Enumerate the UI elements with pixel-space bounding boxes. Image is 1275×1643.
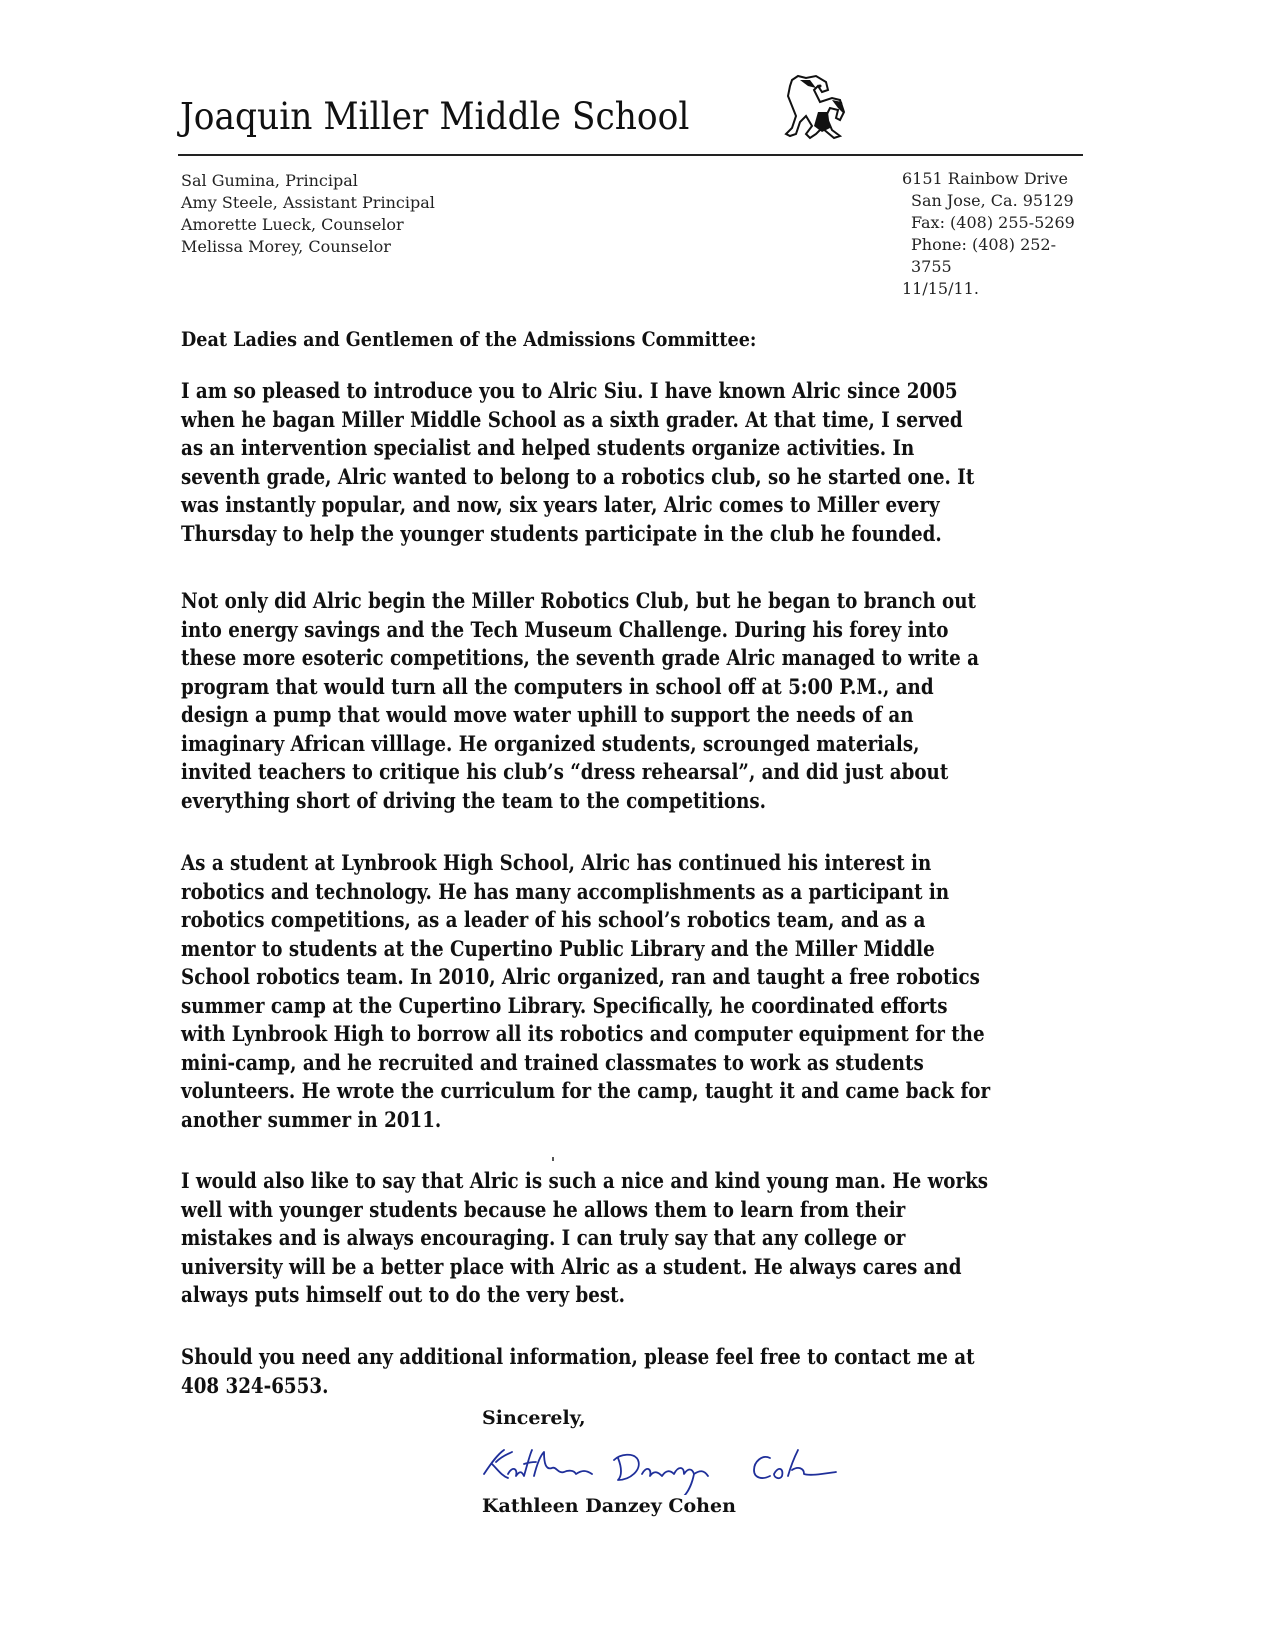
text-line: mistakes and is always encouraging. I ca… xyxy=(181,1224,988,1253)
closing: Sincerely, xyxy=(482,1407,586,1429)
staff-assistant-principal: Amy Steele, Assistant Principal xyxy=(181,192,435,214)
letter-date: 11/15/11. xyxy=(902,278,1075,300)
text-line: well with younger students because he al… xyxy=(181,1196,988,1225)
text-line: mini-camp, and he recruited and trained … xyxy=(181,1049,990,1078)
text-line: seventh grade, Alric wanted to belong to… xyxy=(181,463,974,492)
text-line: I am so pleased to introduce you to Alri… xyxy=(181,377,974,406)
text-line: mentor to students at the Cupertino Publ… xyxy=(181,935,990,964)
school-address: 6151 Rainbow Drive San Jose, Ca. 95129 F… xyxy=(902,168,1075,300)
text-line: these more esoteric competitions, the se… xyxy=(181,644,979,673)
text-line: School robotics team. In 2010, Alric org… xyxy=(181,963,990,992)
letterhead-divider xyxy=(178,154,1083,156)
text-line: was instantly popular, and now, six year… xyxy=(181,491,974,520)
text-line: robotics competitions, as a leader of hi… xyxy=(181,906,990,935)
mustang-horse-icon xyxy=(770,72,850,142)
text-line: invited teachers to critique his club’s … xyxy=(181,758,979,787)
address-phone: Phone: (408) 252- xyxy=(902,234,1075,256)
text-line: program that would turn all the computer… xyxy=(181,673,979,702)
text-line: everything short of driving the team to … xyxy=(181,787,979,816)
text-line: design a pump that would move water uphi… xyxy=(181,701,979,730)
staff-counselor-1: Amorette Lueck, Counselor xyxy=(181,214,435,236)
text-line: Not only did Alric begin the Miller Robo… xyxy=(181,587,979,616)
text-line: when he bagan Miller Middle School as a … xyxy=(181,406,974,435)
text-line: As a student at Lynbrook High School, Al… xyxy=(181,849,990,878)
paragraph-introduction: I am so pleased to introduce you to Alri… xyxy=(181,377,1093,548)
paragraph-robotics-club: Not only did Alric begin the Miller Robo… xyxy=(181,587,1098,815)
text-line: another summer in 2011. xyxy=(181,1106,990,1135)
paragraph-character: I would also like to say that Alric is s… xyxy=(181,1167,1109,1310)
salutation: Deat Ladies and Gentlemen of the Admissi… xyxy=(181,327,756,351)
staff-counselor-2: Melissa Morey, Counselor xyxy=(181,236,435,258)
text-line: summer camp at the Cupertino Library. Sp… xyxy=(181,992,990,1021)
text-line: robotics and technology. He has many acc… xyxy=(181,878,990,907)
paragraph-high-school: As a student at Lynbrook High School, Al… xyxy=(181,849,1111,1134)
text-line: I would also like to say that Alric is s… xyxy=(181,1167,988,1196)
address-city: San Jose, Ca. 95129 xyxy=(902,190,1075,212)
text-line: as an intervention specialist and helped… xyxy=(181,434,974,463)
address-phone-cont: 3755 xyxy=(902,256,1075,278)
contact-phone: 408 324-6553. xyxy=(181,1372,975,1401)
staff-list: Sal Gumina, Principal Amy Steele, Assist… xyxy=(181,170,435,258)
address-fax: Fax: (408) 255-5269 xyxy=(902,212,1075,234)
text-line: volunteers. He wrote the curriculum for … xyxy=(181,1077,990,1106)
text-line: university will be a better place with A… xyxy=(181,1253,988,1282)
paragraph-contact: Should you need any additional informati… xyxy=(181,1343,1093,1400)
text-line: with Lynbrook High to borrow all its rob… xyxy=(181,1020,990,1049)
text-line: into energy savings and the Tech Museum … xyxy=(181,616,979,645)
text-line: Should you need any additional informati… xyxy=(181,1343,975,1372)
signer-name: Kathleen Danzey Cohen xyxy=(482,1495,736,1517)
text-line: Thursday to help the younger students pa… xyxy=(181,520,974,549)
address-street: 6151 Rainbow Drive xyxy=(902,168,1075,190)
handwritten-signature-icon xyxy=(478,1440,878,1495)
letterhead-title: Joaquin Miller Middle School xyxy=(180,95,689,138)
staff-principal: Sal Gumina, Principal xyxy=(181,170,435,192)
text-line: imaginary African villlage. He organized… xyxy=(181,730,979,759)
scan-speck xyxy=(552,1157,554,1161)
text-line: always puts himself out to do the very b… xyxy=(181,1281,988,1310)
